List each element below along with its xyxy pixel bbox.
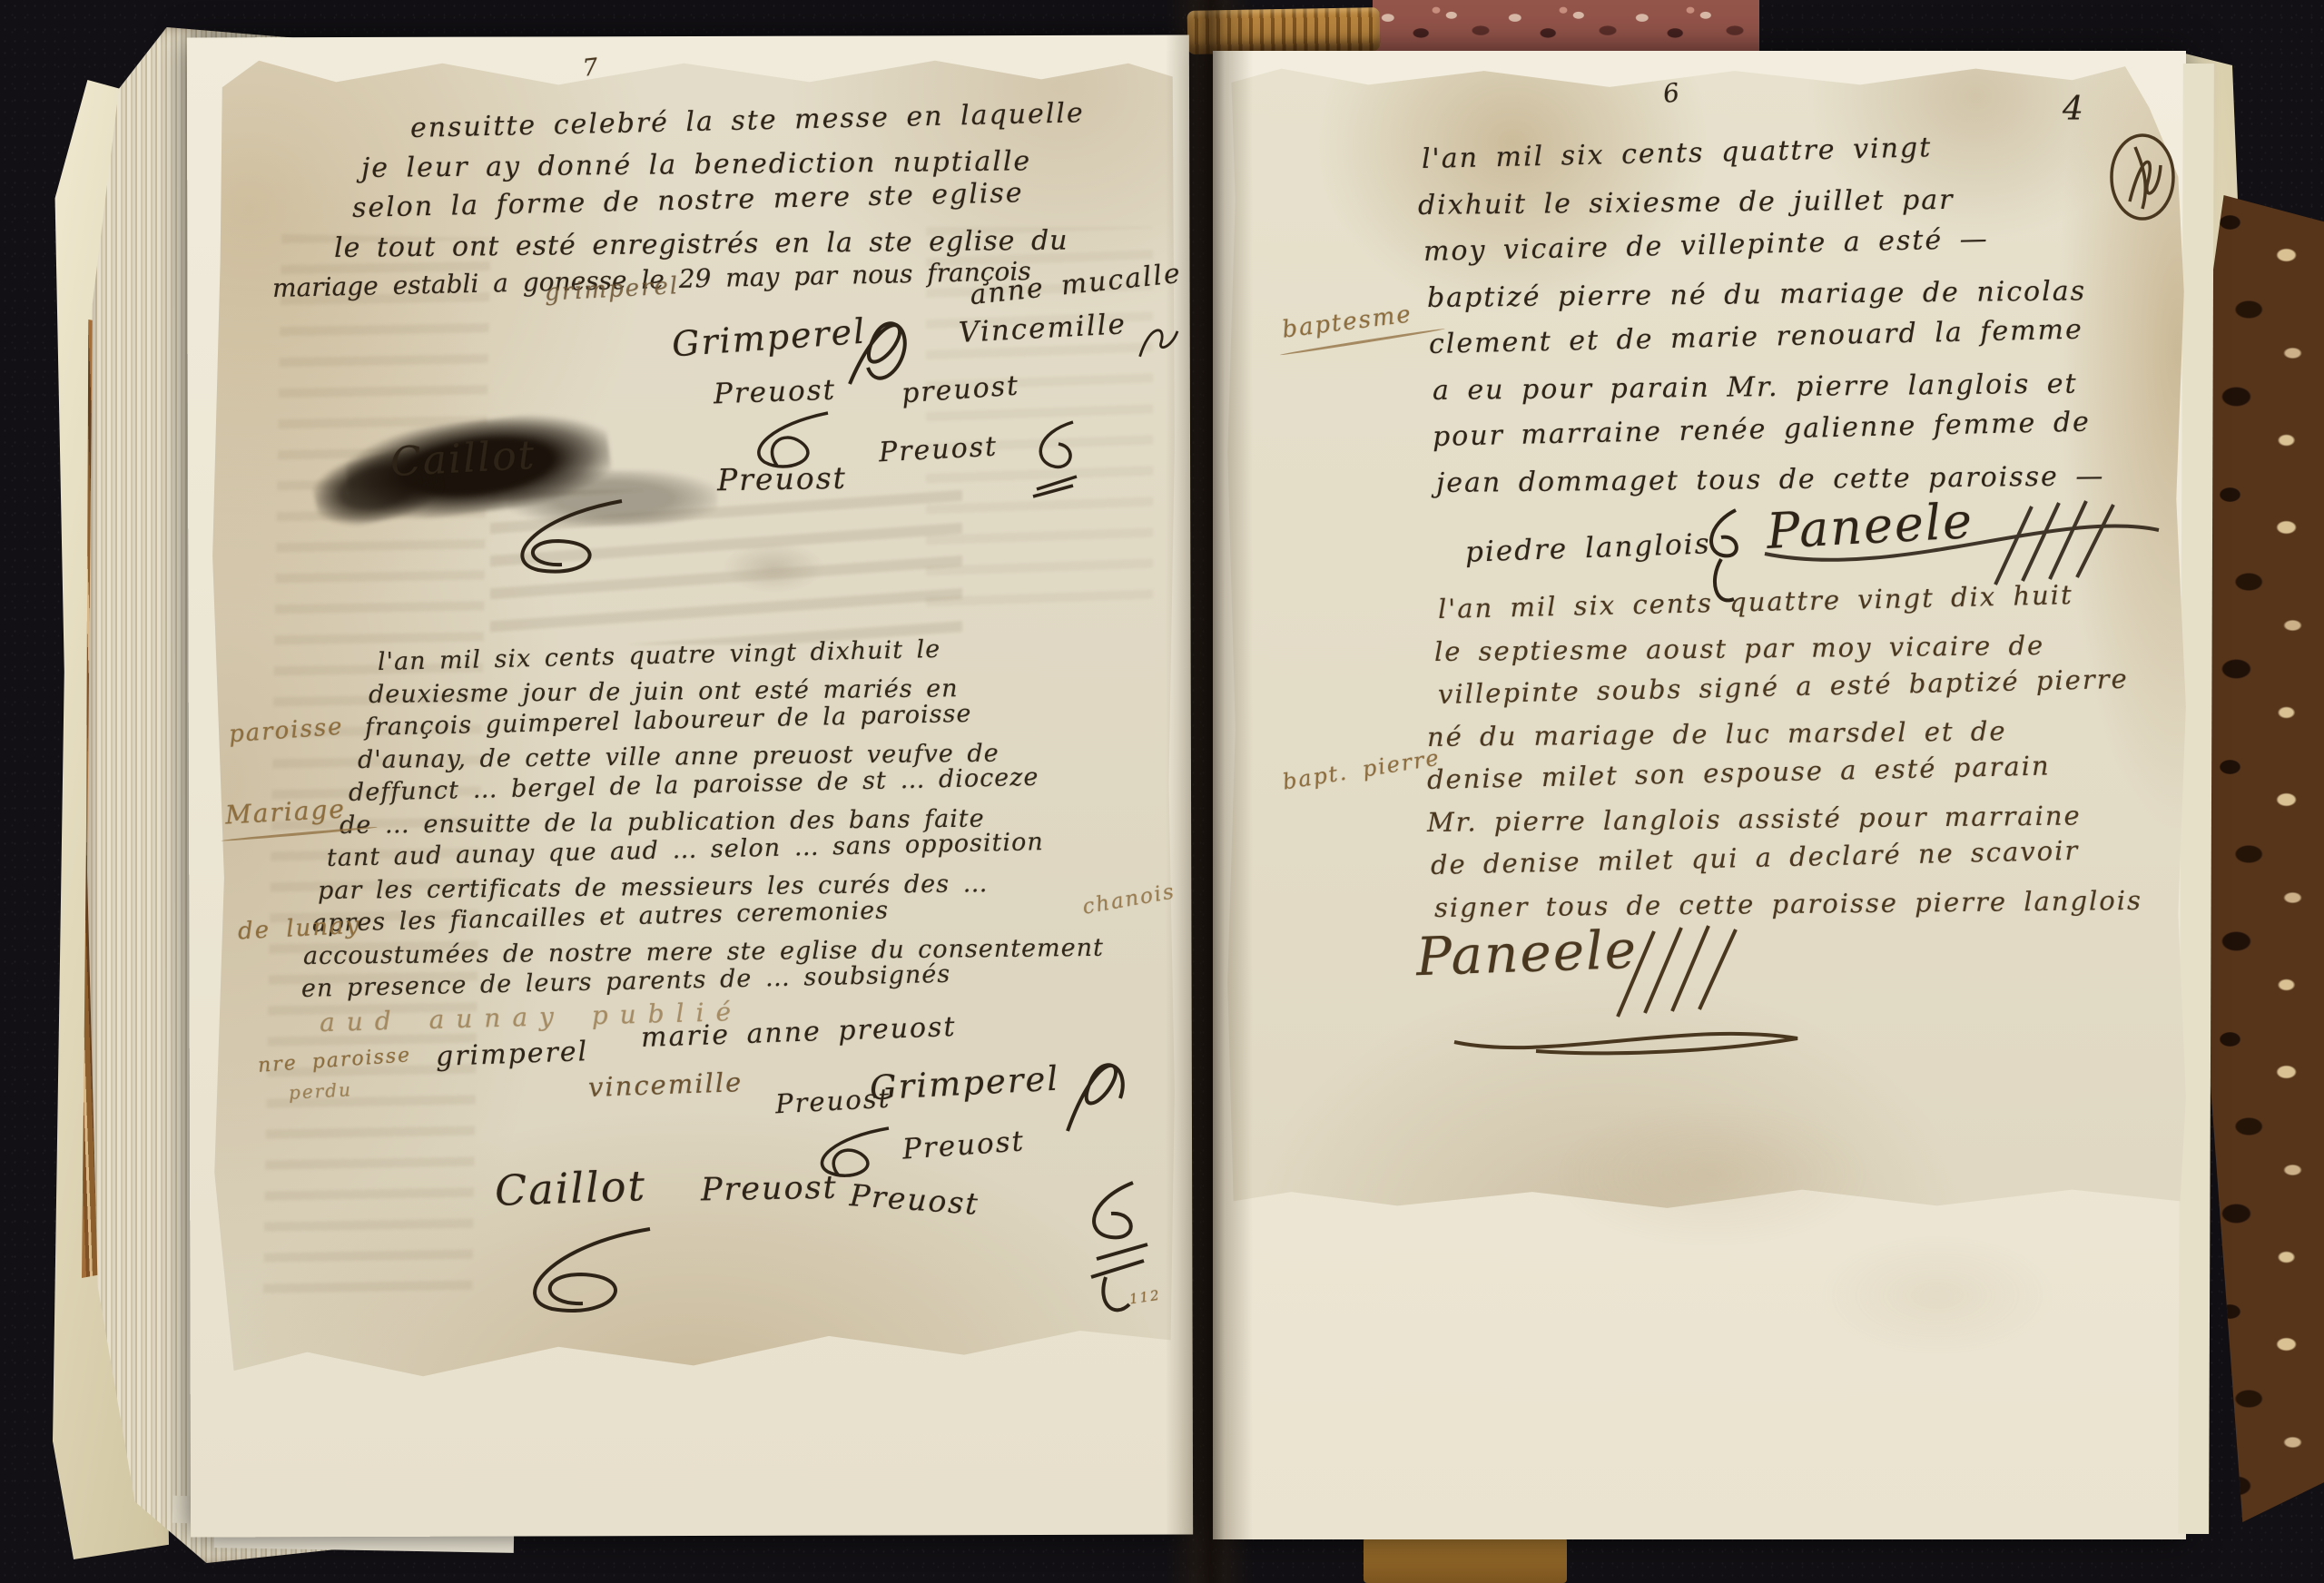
paraph-flourish: [1051, 1040, 1135, 1142]
signature-preuost: Preuost: [717, 460, 847, 497]
signature-grimperel-inline: grimperel: [435, 1036, 588, 1073]
open-register-photograph: 7 ensuitte celebré la ste messe en laque…: [0, 0, 2324, 1583]
left-folio-top-mark: 7: [581, 54, 601, 83]
paraph-flourish: [495, 490, 631, 590]
right-top-mark: 6: [1661, 77, 1683, 109]
signature-caillot: Caillot: [494, 1161, 647, 1215]
signature-vincemille: vincemille: [587, 1067, 743, 1103]
top-marbled-board-edge: [1373, 0, 1759, 51]
right-entry1-lines: l'an mil six cents quattre vingtdixhuit …: [1418, 136, 2104, 506]
right-entry2-lines: l'an mil six cents quattre vingt dix hui…: [1427, 588, 2142, 929]
signature-preuost: Preuost: [878, 431, 999, 469]
signature-caillot: Caillot: [389, 432, 537, 486]
left-entry2-lines: l'an mil six cents quatre vingt dixhuit …: [301, 646, 1104, 1006]
right-cover-marbled-board: [2199, 195, 2324, 1522]
paraph-flourish: [505, 1220, 659, 1329]
margin-note-perdu: perdu: [288, 1078, 352, 1104]
bottom-board-edge: [1364, 1538, 1567, 1583]
signature-preuost: Preuost: [701, 1170, 838, 1209]
circled-paraph-flourish: [2102, 129, 2182, 225]
paraph-flourish: [1135, 316, 1186, 367]
margin-note-mariage: Mariage: [224, 794, 346, 831]
gutter-shadow: [1166, 0, 1253, 1583]
paraph-flourish: [1019, 416, 1091, 499]
underline-flourish: [1449, 1015, 1803, 1064]
paper-stain: [1543, 1071, 2106, 1416]
